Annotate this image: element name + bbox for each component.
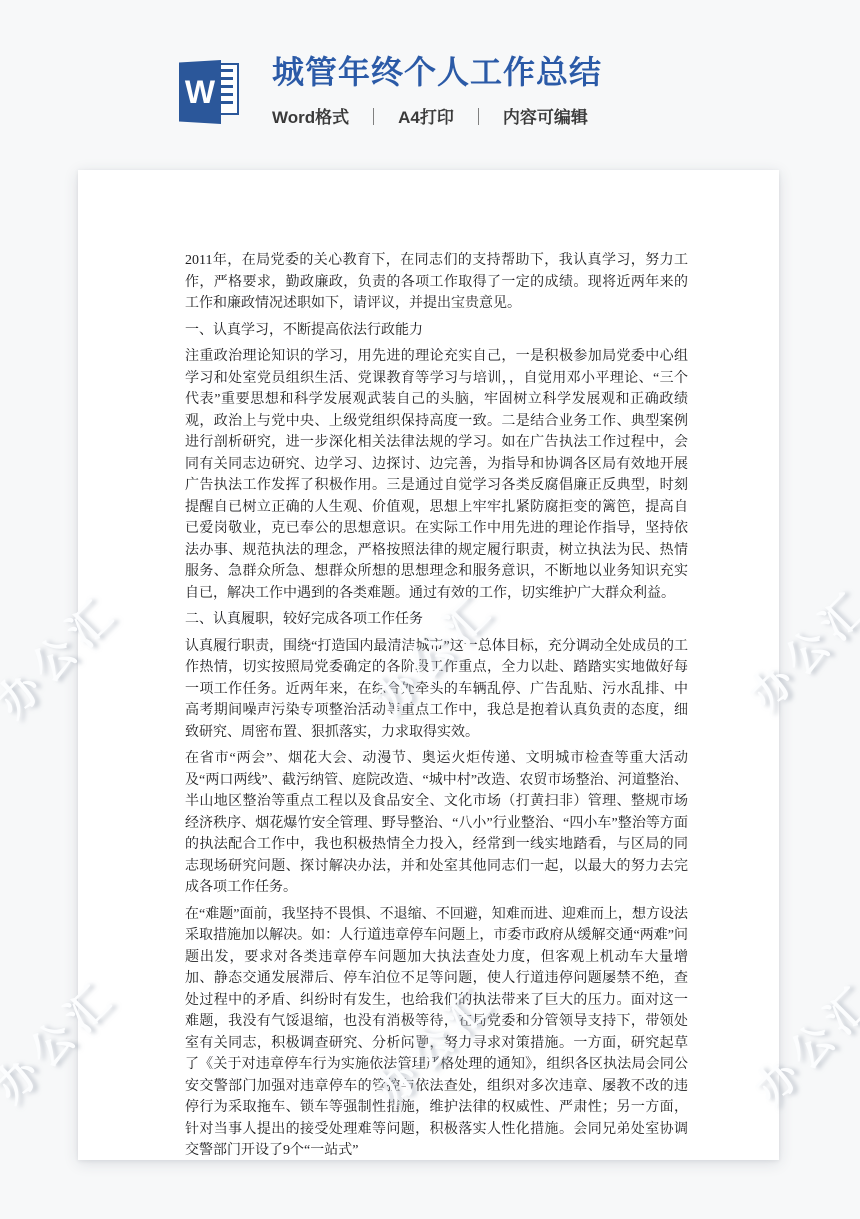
page-root: { "header": { "title": "城管年终个人工作总结", "su… [0,0,860,1219]
meta-format: Word格式 [272,103,349,128]
doc-paragraph: 认真履行职责，围绕“打造国内最清洁城市”这一总体目标，充分调动全处成员的工作热情… [185,636,688,744]
header: W 城管年终个人工作总结 Word格式 ｜ A4打印 ｜ 内容可编辑 [175,52,602,129]
document-body: 2011年，在局党委的关心教育下，在同志们的支持帮助下，我认真学习，努力工作，严… [78,170,779,1162]
title-block: 城管年终个人工作总结 Word格式 ｜ A4打印 ｜ 内容可编辑 [272,52,602,128]
page-title: 城管年终个人工作总结 [272,52,602,92]
meta-separator: ｜ [470,103,487,128]
meta-editable: 内容可编辑 [503,103,588,128]
doc-heading: 一、认真学习，不断提高依法行政能力 [185,320,688,342]
doc-paragraph: 2011年，在局党委的关心教育下，在同志们的支持帮助下，我认真学习，努力工作，严… [185,250,688,315]
meta-separator: ｜ [365,103,382,128]
doc-heading: 二、认真履职，较好完成各项工作任务 [185,609,688,631]
document-page: 2011年，在局党委的关心教育下，在同志们的支持帮助下，我认真学习，努力工作，严… [78,170,779,1160]
document-meta: Word格式 ｜ A4打印 ｜ 内容可编辑 [272,103,602,128]
doc-paragraph: 在“难题”面前，我坚持不畏惧、不退缩、不回避，知难而进、迎难而上，想方设法采取措… [185,904,688,1162]
word-icon-letter: W [179,60,221,124]
meta-print: A4打印 [398,103,454,128]
doc-paragraph: 在省市“两会”、烟花大会、动漫节、奥运火炬传递、文明城市检查等重大活动及“两口两… [185,748,688,899]
doc-paragraph: 注重政治理论知识的学习，用先进的理论充实自己，一是积极参加局党委中心组学习和处室… [185,346,688,604]
word-file-icon: W [175,57,245,129]
